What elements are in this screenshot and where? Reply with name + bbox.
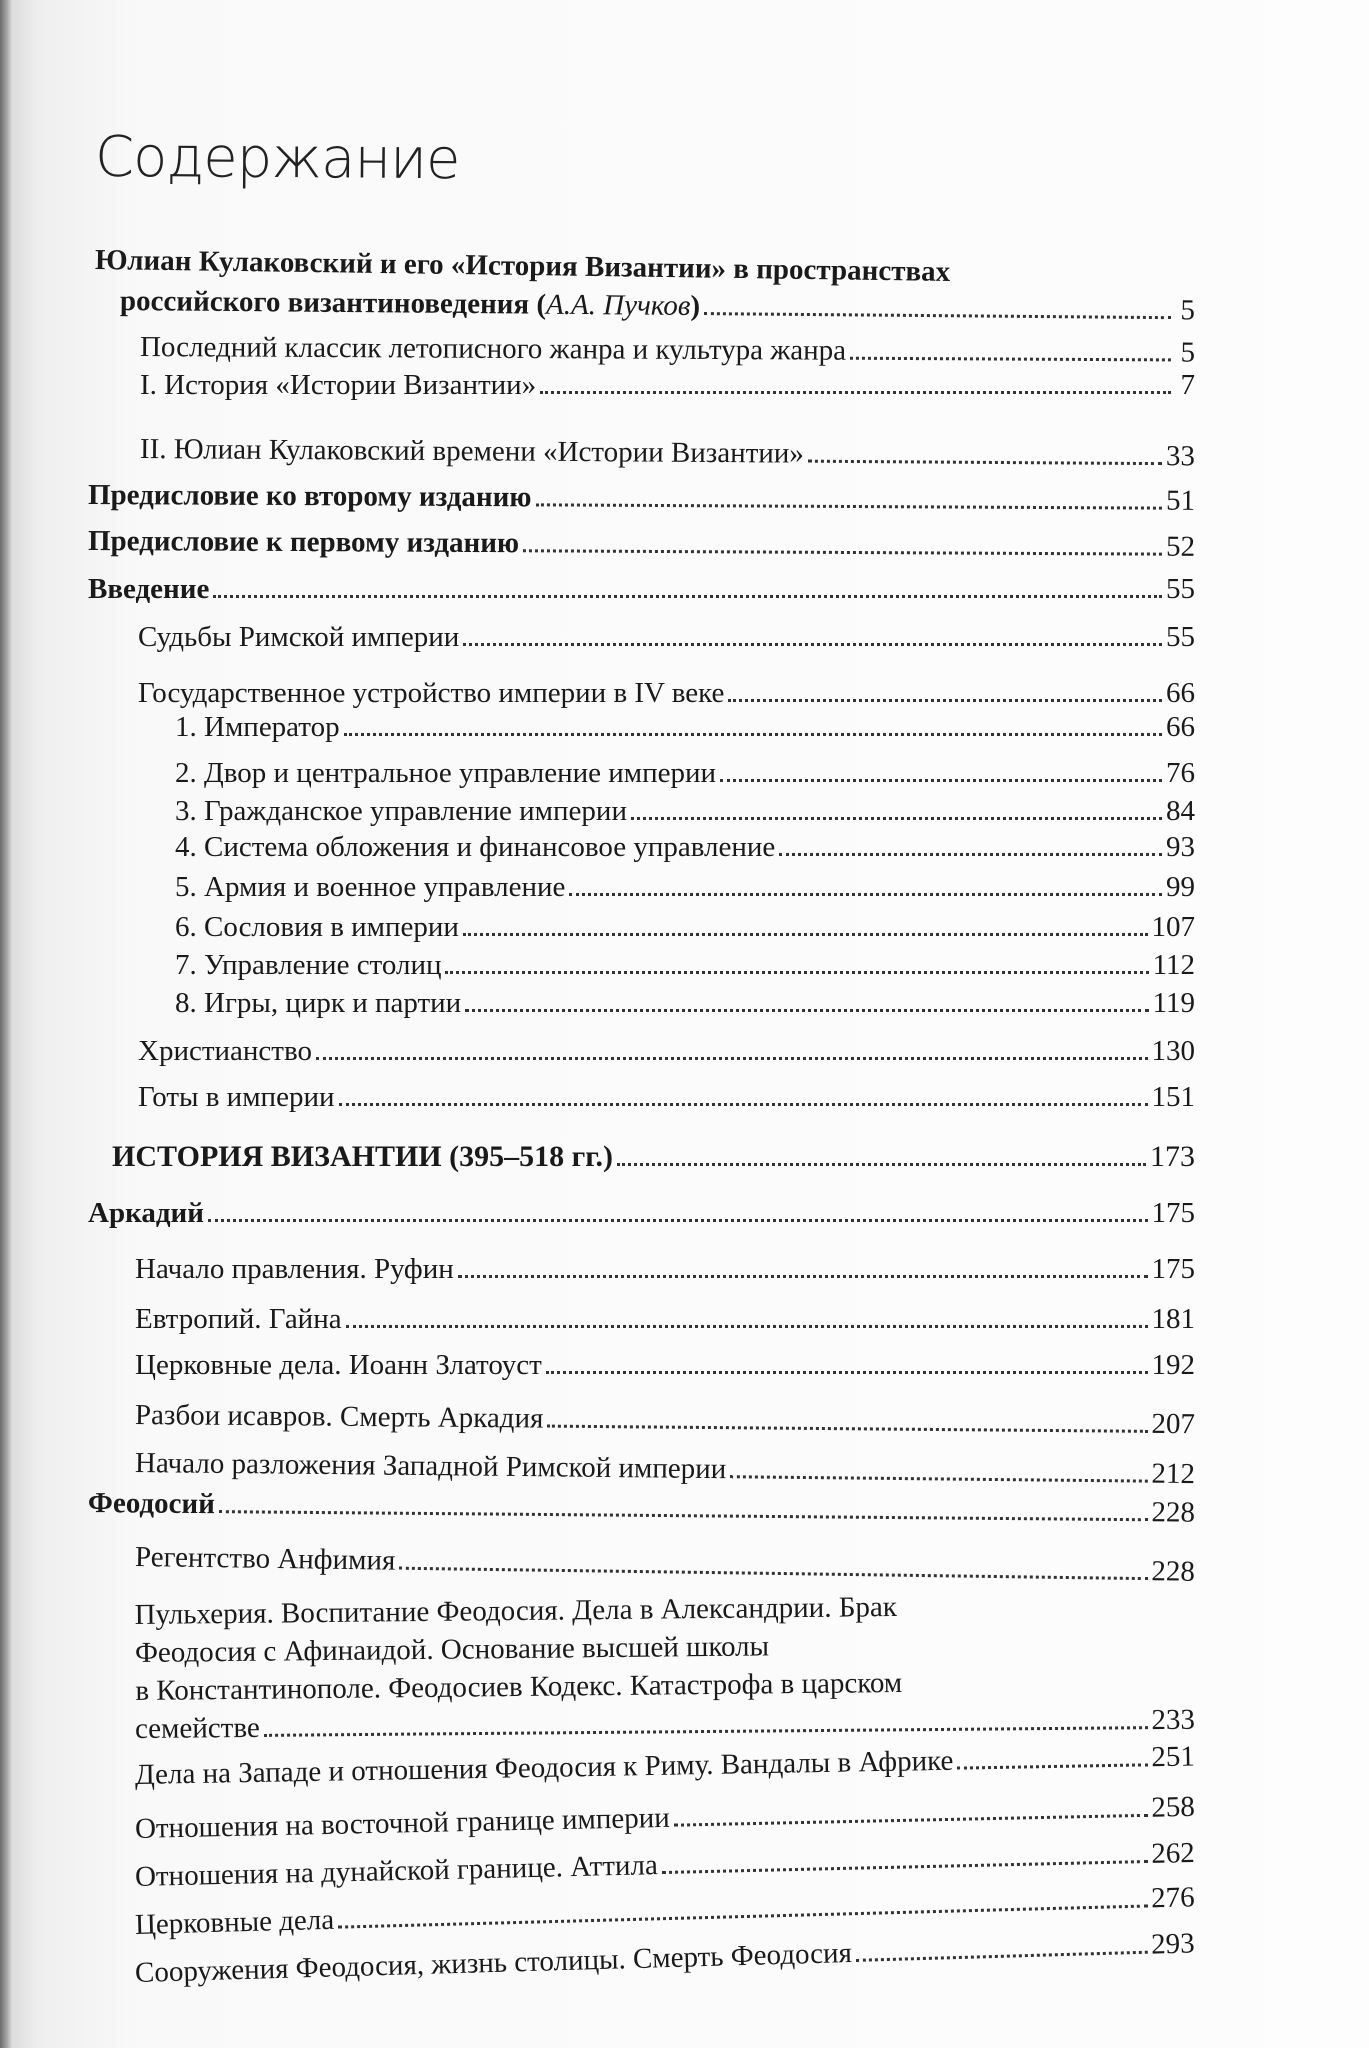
leader-dots <box>458 1275 1148 1278</box>
page-number: 55 <box>1166 572 1195 606</box>
leader-dots <box>856 1951 1147 1962</box>
toc-entry-label: Отношения на дунайской границе. Аттила <box>135 1848 659 1894</box>
leader-dots <box>674 1814 1148 1827</box>
toc-entry[interactable]: 5. Армия и военное управление 99 <box>175 870 1195 904</box>
toc-entry[interactable]: Предисловие ко второму изданию 51 <box>88 478 1195 518</box>
toc-entry-label: 7. Управление столиц <box>175 948 441 982</box>
toc-entry-label: 1. Император <box>175 710 340 744</box>
leader-dots <box>535 503 1161 509</box>
toc-entry[interactable]: Церковные дела. Иоанн Златоуст 192 <box>135 1348 1195 1382</box>
page-number: 84 <box>1166 794 1195 828</box>
toc-entry-label: Регентство Анфимия <box>135 1540 396 1578</box>
leader-dots <box>463 643 1162 646</box>
page-number: 173 <box>1150 1140 1195 1174</box>
page-number: 258 <box>1151 1790 1195 1825</box>
page-number: 33 <box>1166 439 1195 473</box>
toc-entry-label: 4. Система обложения и финансовое управл… <box>175 830 775 864</box>
toc-entry-intro-essay[interactable]: Юлиан Кулаковский и его «История Византи… <box>95 240 1195 280</box>
toc-entry[interactable]: Регентство Анфимия 228 <box>135 1540 1195 1589</box>
toc-entry-label: российского византиноведения (А.А. Пучко… <box>120 284 700 323</box>
leader-dots <box>540 391 1171 394</box>
leader-dots <box>547 1425 1147 1433</box>
toc-entry-label: Готы в империи <box>138 1080 335 1114</box>
leader-dots <box>631 817 1162 820</box>
toc-entry[interactable]: Аркадий 175 <box>88 1196 1195 1230</box>
page-number: 228 <box>1151 1554 1195 1589</box>
leader-dots <box>850 357 1171 362</box>
toc-entry[interactable]: 6. Сословия в империи 107 <box>175 910 1195 944</box>
leader-dots <box>720 779 1162 782</box>
toc-entry-label: Государственное устройство империи в IV … <box>138 676 724 710</box>
toc-entry[interactable]: Разбои исавров. Смерть Аркадия 207 <box>135 1398 1195 1441</box>
leader-dots <box>728 699 1162 702</box>
page-number: 99 <box>1166 870 1195 904</box>
page-number: 175 <box>1152 1252 1196 1286</box>
toc-entry-label: Разбои исавров. Смерть Аркадия <box>135 1398 544 1436</box>
toc-entry-pulcheria[interactable]: Пульхерия. Воспитание Феодосия. Дела в А… <box>134 1586 1135 1710</box>
toc-entry-label: 2. Двор и центральное управление империи <box>175 756 716 790</box>
leader-dots <box>779 853 1162 856</box>
page-number: 233 <box>1151 1703 1195 1737</box>
toc-entry-label: 6. Сословия в империи <box>175 910 459 944</box>
page-number: 93 <box>1166 830 1195 864</box>
toc-entry[interactable]: Отношения на восточной границе империи 2… <box>135 1790 1195 1846</box>
leader-dots <box>344 733 1162 736</box>
leader-dots <box>662 1860 1148 1874</box>
toc-entry[interactable]: 4. Система обложения и финансовое управл… <box>175 830 1195 864</box>
toc-entry-label: Последний классик летописного жанра и ку… <box>140 330 846 368</box>
leader-dots <box>338 1904 1147 1928</box>
page-number: 119 <box>1153 986 1195 1020</box>
leader-dots <box>208 1219 1148 1222</box>
page-number: 293 <box>1151 1926 1195 1961</box>
toc-entry[interactable]: Последний классик летописного жанра и ку… <box>140 330 1195 370</box>
page-number: 76 <box>1166 756 1195 790</box>
leader-dots <box>730 1475 1147 1482</box>
leader-dots <box>346 1325 1148 1328</box>
leader-dots <box>957 1763 1147 1769</box>
author-name: А.А. Пучков <box>546 289 691 322</box>
leader-dots <box>264 1726 1148 1737</box>
leader-dots <box>808 460 1162 465</box>
page-number: 55 <box>1166 620 1195 654</box>
page-number: 175 <box>1152 1196 1196 1230</box>
page-number: 112 <box>1153 948 1195 982</box>
toc-entry-label: Феодосий <box>88 1486 215 1521</box>
page-number: 107 <box>1152 910 1196 944</box>
toc-entry-label: 5. Армия и военное управление <box>175 870 565 904</box>
toc-entry-pulcheria-last-line[interactable]: семействе 233 <box>135 1703 1195 1746</box>
toc-entry-label: I. История «Истории Византии» <box>140 368 536 402</box>
toc-entry[interactable]: I. История «Истории Византии» 7 <box>140 368 1195 402</box>
page-number: 212 <box>1151 1457 1195 1491</box>
leader-dots <box>316 1057 1148 1060</box>
page-number: 5 <box>1175 335 1195 369</box>
toc-entry-label: Предисловие к первому изданию <box>88 524 519 560</box>
toc-entry[interactable]: 2. Двор и центральное управление империи… <box>175 756 1195 790</box>
leader-dots <box>465 1009 1148 1012</box>
table-of-contents: Юлиан Кулаковский и его «История Византи… <box>0 0 1369 2048</box>
page-number: 5 <box>1175 293 1195 327</box>
leader-dots <box>569 893 1162 896</box>
toc-entry[interactable]: 3. Гражданское управление империи 84 <box>175 794 1195 828</box>
toc-entry-label: семействе <box>135 1711 260 1746</box>
page-number: 51 <box>1166 484 1195 518</box>
toc-entry-label: Начало разложения Западной Римской импер… <box>135 1446 727 1486</box>
page-number: 192 <box>1152 1348 1196 1382</box>
toc-entry[interactable]: Начало правления. Руфин 175 <box>135 1252 1195 1286</box>
leader-dots <box>219 1510 1148 1521</box>
toc-entry-label: Христианство <box>138 1034 312 1068</box>
toc-entry-label: ИСТОРИЯ ВИЗАНТИИ (395–518 гг.) <box>112 1140 613 1174</box>
toc-entry[interactable]: Готы в империи 151 <box>138 1080 1195 1114</box>
toc-entry-label: 3. Гражданское управление империи <box>175 794 627 828</box>
page-number: 262 <box>1151 1836 1195 1871</box>
page-number: 52 <box>1166 530 1195 564</box>
leader-dots <box>445 971 1148 974</box>
toc-entry-label: Судьбы Римской империи <box>138 620 459 654</box>
page-number: 228 <box>1151 1495 1195 1529</box>
toc-entry[interactable]: II. Юлиан Кулаковский времени «Истории В… <box>140 432 1195 473</box>
leader-dots <box>213 595 1162 598</box>
toc-entry-label: Аркадий <box>88 1196 204 1230</box>
leader-dots <box>704 312 1171 319</box>
toc-entry[interactable]: Дела на Западе и отношения Феодосия к Ри… <box>135 1740 1195 1792</box>
toc-entry[interactable]: Государственное устройство империи в IV … <box>138 676 1195 710</box>
page-number: 130 <box>1152 1034 1196 1068</box>
toc-entry[interactable]: Предисловие к первому изданию 52 <box>88 524 1195 564</box>
toc-entry[interactable]: 1. Император 66 <box>175 710 1195 744</box>
page-number: 207 <box>1151 1407 1195 1441</box>
toc-entry[interactable]: Судьбы Римской империи 55 <box>138 620 1195 654</box>
toc-entry-part-heading[interactable]: ИСТОРИЯ ВИЗАНТИИ (395–518 гг.) 173 <box>112 1140 1195 1174</box>
toc-entry-label: Церковные дела <box>135 1903 335 1942</box>
page-number: 66 <box>1166 710 1195 744</box>
toc-entry-label: II. Юлиан Кулаковский времени «Истории В… <box>140 432 804 471</box>
toc-entry[interactable]: Христианство 130 <box>138 1034 1195 1068</box>
toc-entry-label: Церковные дела. Иоанн Златоуст <box>135 1348 542 1382</box>
toc-entry-label: 8. Игры, цирк и партии <box>175 986 461 1020</box>
page-number: 7 <box>1175 368 1195 402</box>
toc-entry[interactable]: 7. Управление столиц 112 <box>175 948 1195 982</box>
leader-dots <box>339 1103 1148 1106</box>
toc-entry-label: Евтропий. Гайна <box>135 1302 342 1336</box>
toc-entry-label: Начало правления. Руфин <box>135 1252 454 1286</box>
page-number: 66 <box>1166 676 1195 710</box>
leader-dots <box>617 1163 1146 1166</box>
page-number: 151 <box>1152 1080 1196 1114</box>
toc-entry-label: Введение <box>88 572 209 606</box>
toc-entry-label: Отношения на восточной границе империи <box>135 1801 670 1846</box>
leader-dots <box>546 1371 1148 1374</box>
toc-entry[interactable]: Феодосий 228 <box>88 1486 1195 1530</box>
page-number: 251 <box>1151 1740 1195 1775</box>
leader-dots <box>399 1567 1147 1580</box>
leader-dots <box>523 549 1162 555</box>
leader-dots <box>463 933 1148 936</box>
toc-entry[interactable]: Введение 55 <box>88 572 1195 606</box>
page-number: 276 <box>1151 1880 1195 1915</box>
toc-entry-label: Сооружения Феодосия, жизнь столицы. Смер… <box>135 1936 853 1990</box>
toc-entry[interactable]: Евтропий. Гайна 181 <box>135 1302 1195 1336</box>
toc-entry[interactable]: Начало разложения Западной Римской импер… <box>135 1446 1195 1491</box>
toc-entry-label: Предисловие ко второму изданию <box>88 478 532 514</box>
toc-entry[interactable]: 8. Игры, цирк и партии 119 <box>175 986 1195 1020</box>
page-number: 181 <box>1152 1302 1196 1336</box>
toc-entry-label: Дела на Западе и отношения Феодосия к Ри… <box>135 1744 954 1792</box>
